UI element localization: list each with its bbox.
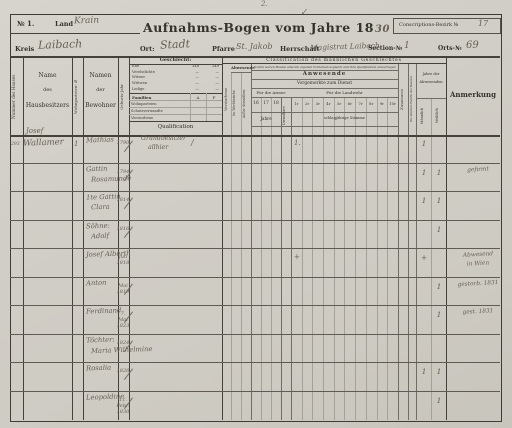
resident-name-line1: Mathias [86,136,114,145]
dwelling-number-column-label: Wohnparteien-№ [73,62,82,132]
remark-line2 [448,402,508,405]
conscription-label: Conscriptions-Bezirk № [399,22,458,28]
remark-line1 [448,364,508,367]
pfarre-value: St. Jakob [236,42,273,51]
resident-name-line1: Rosalia [86,364,111,373]
abwesende-sub1-label: Im Werbbezirke [232,75,240,132]
remark-line2: in Wien [448,259,508,268]
remark-line1 [448,193,508,196]
grid-line [251,97,398,98]
resident-name-line1: Töchter: [86,335,115,344]
age-16: 16 [251,101,261,106]
remark-line2 [448,231,508,234]
house-number-column-label: Nummer des Hauses [11,62,22,132]
rubrik-column-label: Die mindere Rubrik des Standes [409,66,415,132]
tally-mark-female: 1 [432,282,446,291]
ort-label: Ort: [140,45,155,53]
tally-mark-class: + [294,253,300,261]
resident-name-line1: Gattin [86,164,108,173]
birth-year-column-label: Geburts-Jahr [119,62,128,132]
remark-line2 [448,316,508,319]
record-rows: 293 Josef Wallamer 1 Mathias 1790 / Grun… [10,135,500,420]
remark-line1: Abwesend [448,250,508,259]
remark-line1: gestorb. 1831 [448,279,508,288]
resident-name-line2: Adolf [91,231,109,240]
ort-value: Stadt [160,37,191,52]
tally-mark-class: 1. [294,139,301,147]
qualification-line1: Grundbesitzer [141,135,186,142]
remark-line1 [448,222,508,225]
kreis-value: Laibach [38,37,83,52]
weiblich-column-label: Weiblich [435,100,442,132]
resident-name-line2: Rosamunde [91,174,132,183]
qualification-label: Qualification [129,124,222,130]
age-18: 18 [271,101,281,106]
owner-first-name: Josef [26,127,43,135]
section-value: 1 [404,41,410,51]
vorgemerkt-label: Vorgemerkte zum Dienst [251,81,398,86]
form-title: Aufnahms-Bogen vom Jahre 1830 [143,20,390,35]
pfarre-label: Pfarre [212,45,235,53]
owner-column-label: Name des Hausbesitzers [23,68,72,113]
landwehr-label: Für die Landwehr [291,90,398,95]
tally-mark-female: 1 [432,367,446,376]
abwesende-sub2-label: Außer demselben [242,75,250,132]
grid-line [251,126,398,127]
land-label: Land [55,20,73,28]
remark-line1: gefirmt [448,165,508,174]
record-row: Gattin Rosamunde 1794 / 1 1 gefirmt [10,164,500,193]
birth-year-line: 1818 [115,260,131,266]
title-year-value: 30 [375,24,390,35]
geschlecht-mini-row: Ledige — — [129,87,222,93]
grid-line [416,98,446,99]
record-row: Söhne: Adolf 1816 / 1 [10,221,500,250]
tally-mark-female: 1 [432,196,446,205]
geschlecht-title: Geschlecht: [129,57,222,63]
land-value: Krain [74,16,99,27]
familien-row-label: Verstorbene [131,115,191,122]
classification-title: Classification des männlichen Geschlecht… [222,58,446,63]
zusammen-column-label: Zusammen [399,66,407,132]
klasse-number: 3r [312,101,323,106]
klasse-number: 9r [377,101,388,106]
dwelling-number-value: 1 [74,140,78,148]
owner-label-line: des [23,83,72,98]
conscription-value: 17 [478,19,488,28]
anmerkung-label: Anmerkung [446,90,500,99]
familien-col-a: A [190,95,206,100]
house-number-value: 293 [11,142,20,147]
tally-mark-female: 1 [432,310,446,319]
owner-label-line: Name [23,68,72,83]
remark-line2 [448,373,508,376]
maennlich-column-label: Männlich [420,100,427,132]
resident-name-line1: Söhne: [86,221,110,230]
record-row: Ferdinand 7. Mai 1823 / 1 gest. 1831 [10,306,500,335]
resident-name-line2: Clara [91,203,110,212]
remark-line1: gest. 1831 [448,307,508,316]
tally-mark-male: 1 [417,168,431,177]
mini-row-label: Ledige [132,87,179,93]
familien-header: Familien [132,95,151,100]
record-row: Anton Mai 1819 / 1 gestorb. 1831 [10,278,500,307]
note-line: In dem leeren Raume sind die eigenen Vor… [252,65,397,69]
remark-line2 [448,174,508,177]
ortsno-label: Orts-№ [438,45,462,52]
anwesende-label: Anwesende [251,71,398,77]
record-row: 293 Josef Wallamer 1 Mathias 1790 / Grun… [10,135,500,164]
tally-mark-male: 1 [417,367,431,376]
birth-year-value: Juli 1818 [115,254,131,266]
residents-label-line: Bewohner [83,98,118,113]
tally-mark-female: 1 [432,396,446,405]
grid-line [251,112,398,113]
mini-row-value: — [199,87,219,93]
remark-line1 [448,136,508,139]
owner-label-line: Hausbesitzers [23,98,72,113]
klasse-number: 5r [334,101,345,106]
klasse-number: 1r [291,101,302,106]
abw-jahre-line: Abwesenden [416,78,446,86]
record-row: 1te Gattin Clara 1814 / 1 1 [10,192,500,221]
form-title-text: Aufnahms-Bogen vom Jahre 18 [143,20,374,35]
remark-line2 [448,202,508,205]
residents-label-line: Namen [83,68,118,83]
familien-row-label: Wohnparteien [131,101,191,108]
klasse-number: 7r [355,101,366,106]
dienstbare-column-label: Dienstbare [282,99,290,133]
page-number: 2. [261,0,268,8]
scanned-census-sheet: 2. ✓ № 1. Land Krain Aufnahms-Bogen vom … [0,0,512,428]
tally-mark-male: 1 [417,196,431,205]
verstorbene-column-label: Verstorbene [223,66,231,132]
klassen-label: schlagjährige Stämme [291,116,398,120]
residents-column-label: Namen der Bewohner [83,68,118,113]
section-label: Section-№ [368,45,402,52]
armee-label: Für die Armee [251,90,291,95]
familien-col-f: F [206,95,222,100]
klasse-number: 10r [387,101,398,106]
remark-line2 [448,288,508,291]
grid-line [231,72,251,73]
tally-mark-male: 1 [417,139,431,148]
ortsno-value: 69 [466,40,479,51]
tally-mark-qual: / [191,138,194,147]
record-row: Leopoldine 11. Febr. 1830 / 1 [10,392,500,421]
klasse-number: 2r [302,101,313,106]
remark-line1 [448,336,508,339]
grid-line [10,33,140,34]
record-row: Josef Alberth Juli 1818 + + Abwesend in … [10,249,500,278]
geschlecht-mini-table: Ehe 248 249 Verehelichte — — Witwer — — … [129,64,222,93]
qualification-line2: allhier [148,144,168,151]
mini-row-value: — [179,87,199,93]
jahre-label: Jahre [251,116,281,121]
familien-rows: WohnparteienSchutzverwandteVerstorbene [131,101,191,122]
tally-mark-male: + [417,253,431,262]
familien-row-label: Schutzverwandte [131,108,191,115]
klasse-number: 8r [366,101,377,106]
residents-label-line: der [83,83,118,98]
kreis-label: Kreis [15,45,34,53]
age-17: 17 [261,101,271,106]
record-row: Rosalia 1826 / 1 1 [10,363,500,392]
klassen-numbers: 1r2r3r4r5r6r7r8r9r10r [291,101,398,106]
abw-jahre-title: Jahre der Abwesenden [416,70,446,86]
resident-name-line1: Anton [86,278,107,287]
remark-line1 [448,393,508,396]
tally-mark-female: 1 [432,168,446,177]
klasse-number: 6r [344,101,355,106]
owner-last-name: Wallamer [23,137,64,148]
abwesende-label: Abwesende [231,65,251,70]
abw-jahre-line: Jahre der [416,70,446,78]
sheet-number: № 1. [17,19,34,28]
resident-name-line2: Maria Wilhelmine [91,344,153,354]
klasse-number: 4r [323,101,334,106]
tally-mark-female: 1 [432,225,446,234]
remark-line2 [448,345,508,348]
remark-line2 [448,145,508,148]
record-row: Töchter: Maria Wilhelmine 1824 / [10,335,500,364]
